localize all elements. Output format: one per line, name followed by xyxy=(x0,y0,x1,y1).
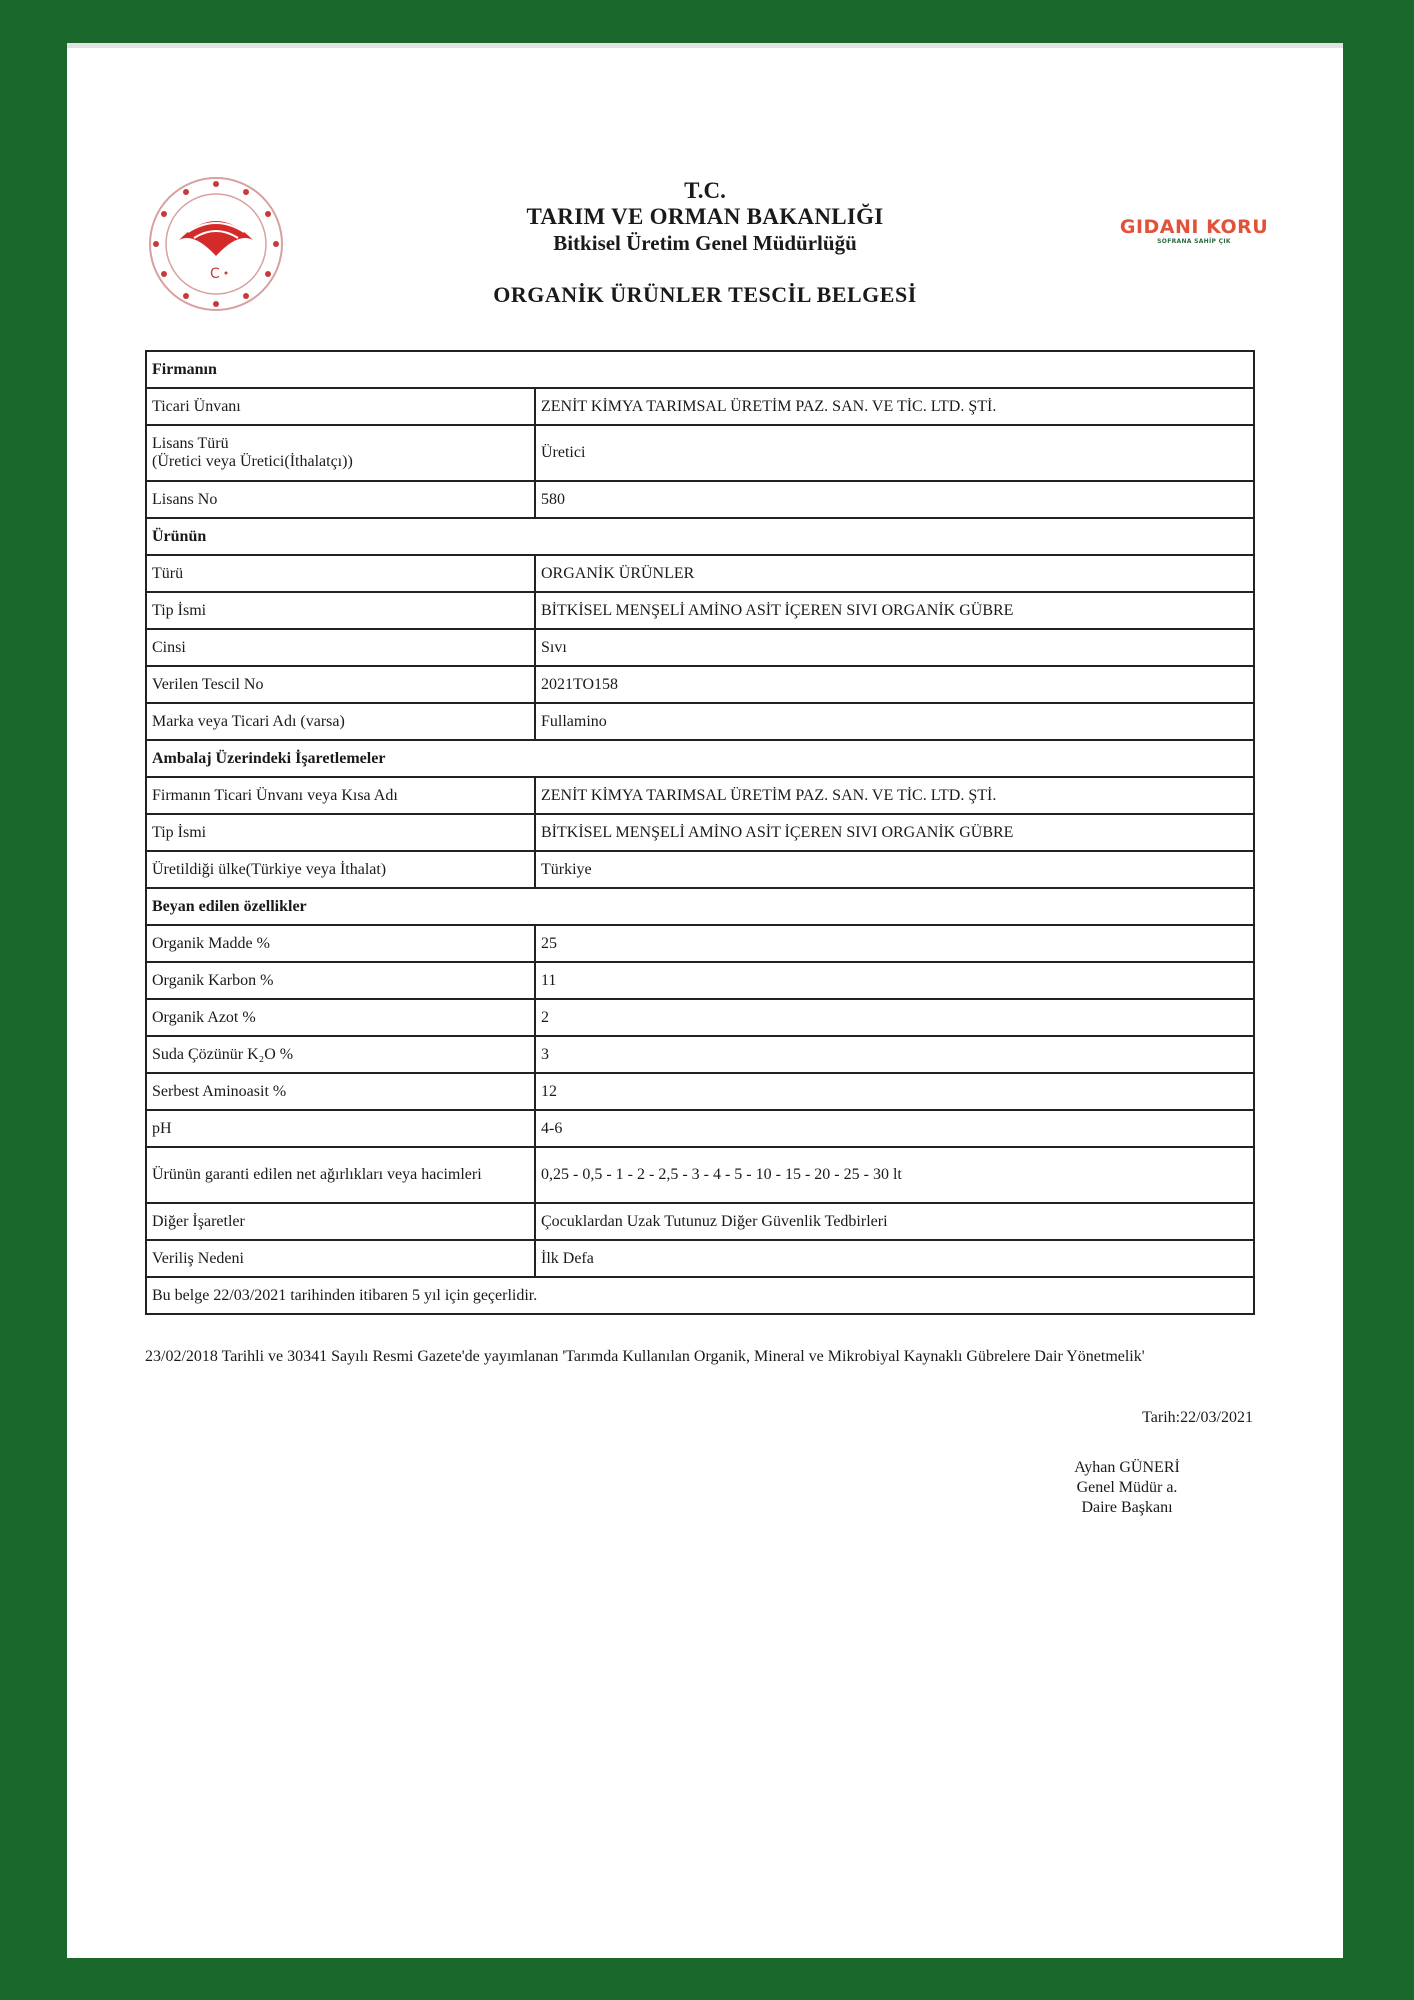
row-label: Lisans Türü (Üretici veya Üretici(İthala… xyxy=(146,425,535,481)
table-row: Verilen Tescil No 2021TO158 xyxy=(146,666,1254,703)
issue-date: Tarih:22/03/2021 xyxy=(1142,1409,1253,1427)
row-label: Türü xyxy=(146,555,535,592)
row-value: 12 xyxy=(535,1073,1254,1110)
document-title: ORGANİK ÜRÜNLER TESCİL BELGESİ xyxy=(67,282,1343,308)
row-value: İlk Defa xyxy=(535,1240,1254,1277)
table-row: Veriliş Nedeni İlk Defa xyxy=(146,1240,1254,1277)
row-value: 3 xyxy=(535,1036,1254,1073)
table-row: Marka veya Ticari Adı (varsa) Fullamino xyxy=(146,703,1254,740)
section-declared: Beyan edilen özellikler xyxy=(146,888,1254,925)
signer-title-1: Genel Müdür a. xyxy=(1067,1478,1187,1498)
table-row: Ürünün garanti edilen net ağırlıkları ve… xyxy=(146,1147,1254,1203)
table-row: Diğer İşaretler Çocuklardan Uzak Tutunuz… xyxy=(146,1203,1254,1240)
row-value: Üretici xyxy=(535,425,1254,481)
validity-statement: Bu belge 22/03/2021 tarihinden itibaren … xyxy=(146,1277,1254,1314)
row-value: ORGANİK ÜRÜNLER xyxy=(535,555,1254,592)
table-row: Türü ORGANİK ÜRÜNLER xyxy=(146,555,1254,592)
row-value: BİTKİSEL MENŞELİ AMİNO ASİT İÇEREN SIVI … xyxy=(535,592,1254,629)
row-value: BİTKİSEL MENŞELİ AMİNO ASİT İÇEREN SIVI … xyxy=(535,814,1254,851)
row-label: Lisans No xyxy=(146,481,535,518)
table-row: Organik Azot % 2 xyxy=(146,999,1254,1036)
row-label: Suda Çözünür K₂O % xyxy=(146,1036,535,1073)
row-value: Fullamino xyxy=(535,703,1254,740)
row-label: Serbest Aminoasit % xyxy=(146,1073,535,1110)
table-row: Lisans No 580 xyxy=(146,481,1254,518)
row-value: 2 xyxy=(535,999,1254,1036)
signer-title-2: Daire Başkanı xyxy=(1067,1498,1187,1518)
table-row: Firmanın Ticari Ünvanı veya Kısa Adı ZEN… xyxy=(146,777,1254,814)
header-tc: T.C. xyxy=(67,178,1343,204)
regulation-reference: 23/02/2018 Tarihli ve 30341 Sayılı Resmi… xyxy=(145,1346,1255,1368)
row-label: Marka veya Ticari Adı (varsa) xyxy=(146,703,535,740)
row-label: Veriliş Nedeni xyxy=(146,1240,535,1277)
row-label: Diğer İşaretler xyxy=(146,1203,535,1240)
row-label: Firmanın Ticari Ünvanı veya Kısa Adı xyxy=(146,777,535,814)
row-label: Üretildiği ülke(Türkiye veya İthalat) xyxy=(146,851,535,888)
section-firm: Firmanın xyxy=(146,351,1254,388)
section-product: Ürünün xyxy=(146,518,1254,555)
row-value: Çocuklardan Uzak Tutunuz Diğer Güvenlik … xyxy=(535,1203,1254,1240)
validity-row: Bu belge 22/03/2021 tarihinden itibaren … xyxy=(146,1277,1254,1314)
row-label: Verilen Tescil No xyxy=(146,666,535,703)
brand-name: GIDANI KORU xyxy=(1119,216,1269,238)
row-value: 25 xyxy=(535,925,1254,962)
certificate-page: C T.C. TARIM VE ORMAN BAKANLIĞI Bitkisel… xyxy=(67,43,1343,1958)
table-row: Lisans Türü (Üretici veya Üretici(İthala… xyxy=(146,425,1254,481)
signer-name: Ayhan GÜNERİ xyxy=(1067,1458,1187,1478)
row-value: 0,25 - 0,5 - 1 - 2 - 2,5 - 3 - 4 - 5 - 1… xyxy=(535,1147,1254,1203)
table-row: Organik Karbon % 11 xyxy=(146,962,1254,999)
row-label: Tip İsmi xyxy=(146,592,535,629)
row-label: Ürünün garanti edilen net ağırlıkları ve… xyxy=(146,1147,535,1203)
row-value: 2021TO158 xyxy=(535,666,1254,703)
registration-table: Firmanın Ticari Ünvanı ZENİT KİMYA TARIM… xyxy=(145,350,1255,1315)
table-row: Tip İsmi BİTKİSEL MENŞELİ AMİNO ASİT İÇE… xyxy=(146,814,1254,851)
section-heading: Ambalaj Üzerindeki İşaretlemeler xyxy=(146,740,1254,777)
row-value: Türkiye xyxy=(535,851,1254,888)
table-row: Tip İsmi BİTKİSEL MENŞELİ AMİNO ASİT İÇE… xyxy=(146,592,1254,629)
table-row: Suda Çözünür K₂O % 3 xyxy=(146,1036,1254,1073)
section-heading: Beyan edilen özellikler xyxy=(146,888,1254,925)
row-value: 580 xyxy=(535,481,1254,518)
section-heading: Ürünün xyxy=(146,518,1254,555)
signature-block: Ayhan GÜNERİ Genel Müdür a. Daire Başkan… xyxy=(1067,1458,1187,1518)
table-row: Cinsi Sıvı xyxy=(146,629,1254,666)
brand-tagline: SOFRANA SAHİP ÇIK xyxy=(1119,238,1269,245)
row-label: Ticari Ünvanı xyxy=(146,388,535,425)
row-label: Organik Karbon % xyxy=(146,962,535,999)
row-label: pH xyxy=(146,1110,535,1147)
table-row: Organik Madde % 25 xyxy=(146,925,1254,962)
table-row: Üretildiği ülke(Türkiye veya İthalat) Tü… xyxy=(146,851,1254,888)
table-row: pH 4-6 xyxy=(146,1110,1254,1147)
table-row: Ticari Ünvanı ZENİT KİMYA TARIMSAL ÜRETİ… xyxy=(146,388,1254,425)
row-value: ZENİT KİMYA TARIMSAL ÜRETİM PAZ. SAN. VE… xyxy=(535,777,1254,814)
row-label: Cinsi xyxy=(146,629,535,666)
row-label: Organik Madde % xyxy=(146,925,535,962)
row-value: Sıvı xyxy=(535,629,1254,666)
table-row: Serbest Aminoasit % 12 xyxy=(146,1073,1254,1110)
row-value: ZENİT KİMYA TARIMSAL ÜRETİM PAZ. SAN. VE… xyxy=(535,388,1254,425)
row-value: 4-6 xyxy=(535,1110,1254,1147)
row-label: Organik Azot % xyxy=(146,999,535,1036)
section-heading: Firmanın xyxy=(146,351,1254,388)
row-value: 11 xyxy=(535,962,1254,999)
row-label: Tip İsmi xyxy=(146,814,535,851)
gidani-koru-logo: GIDANI KORU SOFRANA SAHİP ÇIK xyxy=(1119,216,1269,266)
section-packaging: Ambalaj Üzerindeki İşaretlemeler xyxy=(146,740,1254,777)
